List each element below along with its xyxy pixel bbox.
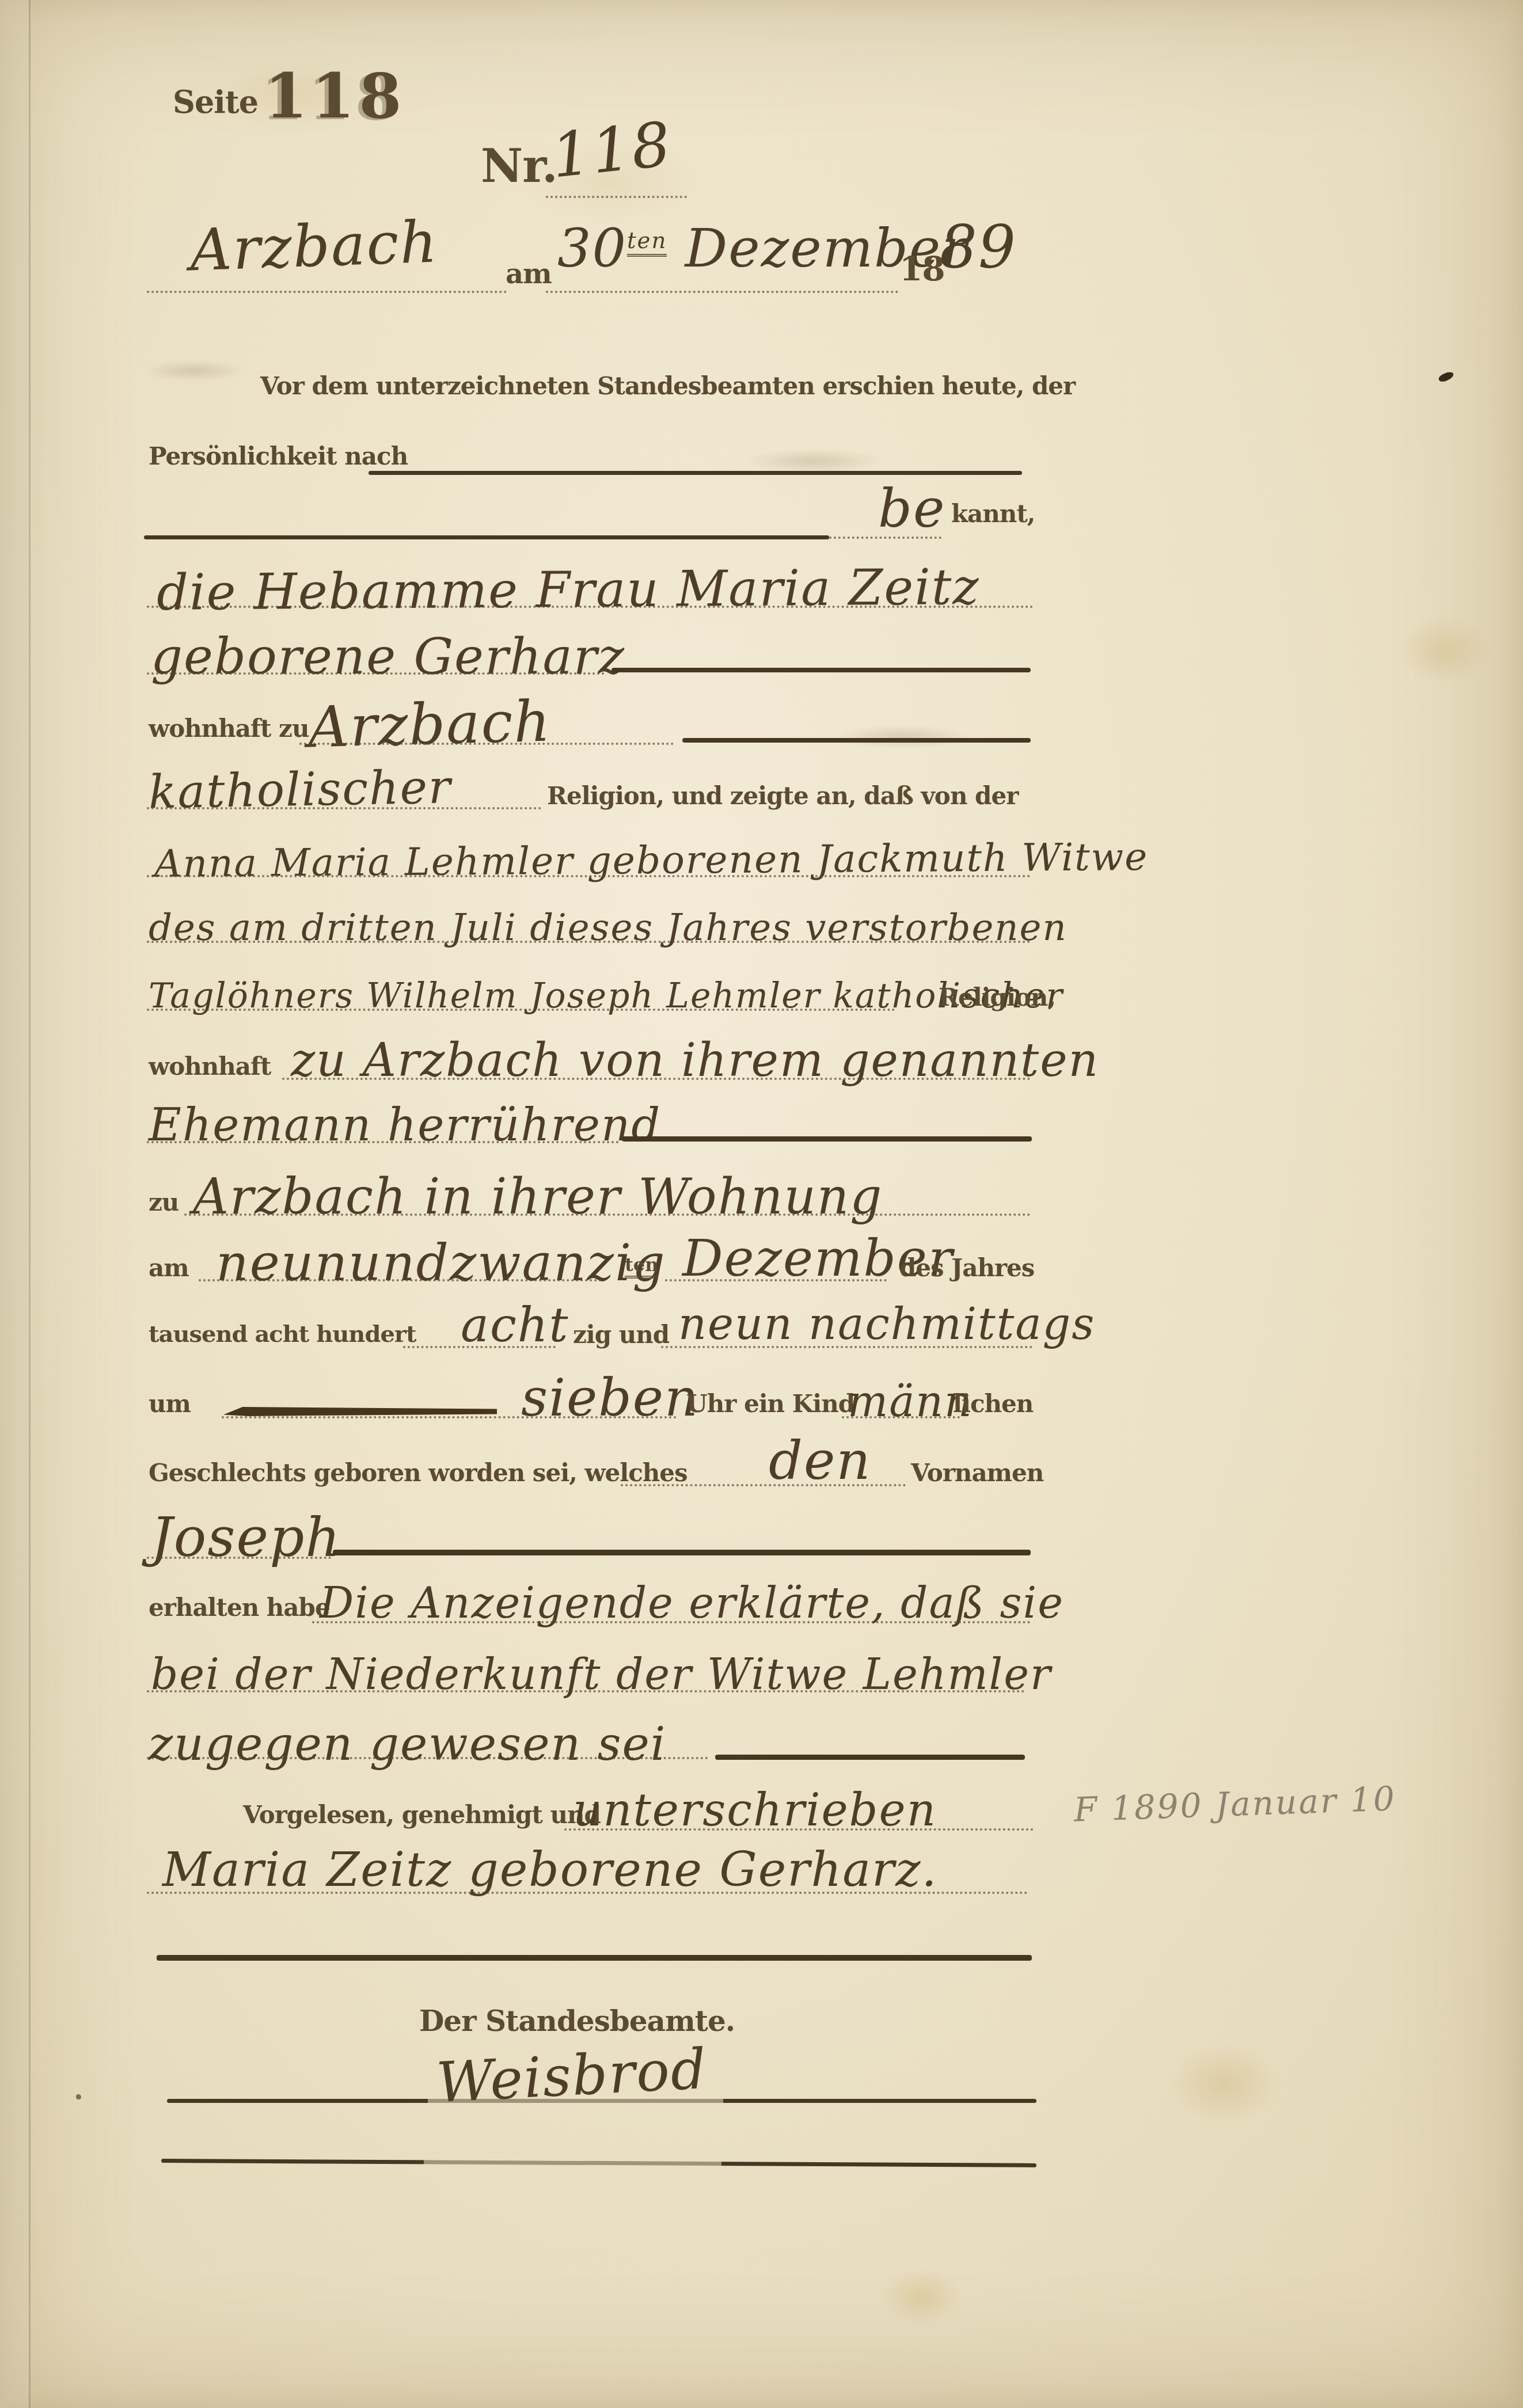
statement-line2: bei der Niederkunft der Witwe Lehmler — [151, 1653, 1051, 1696]
closing-printed: Vorgelesen, genehmigt und — [243, 1803, 601, 1827]
sex-line-printed: Geschlechts geboren worden sei, welches — [149, 1461, 688, 1485]
blank-rule — [612, 668, 1031, 672]
dotted-line — [661, 1346, 1032, 1348]
dotted-line — [546, 291, 898, 293]
birth-year-label: des Jahres — [899, 1256, 1034, 1280]
form-intro-line2: Persönlichkeit nach — [149, 444, 408, 469]
year-written2: neun nachmittags — [678, 1302, 1095, 1346]
blank-rule — [682, 738, 1031, 743]
blank-rule — [622, 1136, 1032, 1142]
time-label: um — [149, 1392, 191, 1416]
stain — [881, 2268, 962, 2326]
form-intro-line1: Vor dem unterzeichneten Standesbeamten e… — [260, 374, 1075, 398]
residence2-written: zu Arzbach von ihrem genannten — [291, 1037, 1099, 1083]
known-printed-suffix: kannt, — [951, 502, 1035, 526]
residence-value: Arzbach — [307, 693, 552, 756]
year-printed-prefix: 18 — [899, 252, 945, 286]
registry-page-scan: Seite 118 Nr. 118 Arzbach am 30ten Dezem… — [0, 0, 1523, 2408]
blank-rule — [144, 535, 829, 539]
dotted-line — [546, 196, 687, 198]
record-number-label: Nr. — [481, 143, 557, 189]
dotted-line — [147, 1757, 708, 1759]
birth-day-suffix: ten — [625, 1254, 658, 1279]
dotted-line — [312, 1621, 1031, 1623]
dotted-line — [222, 1416, 677, 1418]
dotted-line — [665, 1279, 887, 1281]
dateline-am-label: am — [506, 260, 552, 288]
blank-rule — [369, 471, 1022, 475]
blank-rule — [715, 1755, 1025, 1760]
dotted-line — [299, 743, 674, 745]
bleedthrough-smudge — [144, 360, 245, 381]
dotted-line — [147, 1690, 1025, 1692]
stain — [1169, 2044, 1278, 2124]
dotted-line — [147, 807, 541, 809]
year-written1: acht — [461, 1302, 569, 1349]
dotted-line — [147, 672, 605, 675]
dotted-line — [147, 1009, 895, 1011]
bleedthrough-smudge — [835, 725, 970, 748]
year-printed2: zig und — [573, 1323, 669, 1347]
signature-rule — [167, 2099, 1036, 2103]
statement-line1: Die Anzeigende erklärte, daß sie — [320, 1582, 1064, 1625]
record-number-value: 118 — [549, 113, 674, 187]
received-label: erhalten habe — [149, 1596, 330, 1620]
dotted-line — [199, 1279, 602, 1281]
dotted-line — [184, 1213, 1031, 1216]
mother-line3: Taglöhners Wilhelm Joseph Lehmler kathol… — [149, 979, 1064, 1013]
vorname-label: Vornamen — [911, 1461, 1043, 1485]
page-number-stamp: 118 — [265, 66, 406, 127]
residence2-label: wohnhaft — [149, 1055, 271, 1079]
year-printed1: tausend acht hundert — [149, 1323, 416, 1346]
time-printed: Uhr ein Kind — [686, 1392, 854, 1416]
dotted-line — [147, 875, 1031, 877]
residence-label: wohnhaft zu — [149, 717, 309, 741]
dotted-line — [403, 1346, 556, 1348]
declarant-line: die Hebamme Frau Maria Zeitz — [157, 562, 980, 618]
bleedthrough-smudge — [743, 449, 884, 473]
ink-fleck — [76, 2094, 81, 2099]
dotted-line — [147, 1557, 331, 1559]
closing-written: unterschrieben — [573, 1788, 937, 1833]
stain — [1399, 616, 1491, 685]
religion-printed-line: Religion, und zeigte an, daß von der — [547, 784, 1018, 808]
sex-printed-suffix: lichen — [953, 1392, 1033, 1416]
vorname-written-insert: den — [769, 1435, 872, 1488]
page-gutter-band — [0, 0, 29, 2408]
dotted-line — [147, 1141, 619, 1143]
section-rule — [157, 1955, 1032, 1961]
bottom-rule — [161, 2159, 1036, 2167]
dotted-line — [147, 1892, 1028, 1894]
page-label: Seite — [173, 86, 258, 117]
dotted-line — [147, 291, 507, 293]
ink-fleck — [1438, 370, 1455, 383]
page-crease-line — [29, 0, 31, 2408]
dotted-line — [842, 1416, 960, 1418]
ink-dash-filler — [223, 1407, 497, 1416]
registrar-label: Der Standesbeamte. — [419, 2007, 735, 2036]
declarant-signature: Maria Zeitz geborene Gerharz. — [162, 1847, 938, 1894]
birth-day-label: am — [149, 1256, 189, 1280]
dateline-place: Arzbach — [189, 214, 439, 280]
margin-pencil-note: F 1890 Januar 10 — [1073, 1782, 1396, 1827]
dotted-line — [147, 941, 1031, 943]
dotted-line — [147, 606, 1034, 608]
dateline-day-suffix: ten — [627, 228, 667, 257]
dotted-line — [564, 1828, 1034, 1831]
dateline-day: 30 — [557, 218, 627, 279]
religion2-printed: Religion, — [939, 986, 1055, 1010]
known-written-insert: be — [878, 482, 945, 535]
birth-place-label: zu — [149, 1190, 178, 1215]
dotted-line — [621, 1484, 906, 1486]
statement-line3: zugegen gewesen sei — [149, 1721, 666, 1767]
year-written: 89 — [940, 219, 1017, 277]
blank-rule — [333, 1550, 1031, 1555]
dotted-line — [282, 1078, 1031, 1080]
